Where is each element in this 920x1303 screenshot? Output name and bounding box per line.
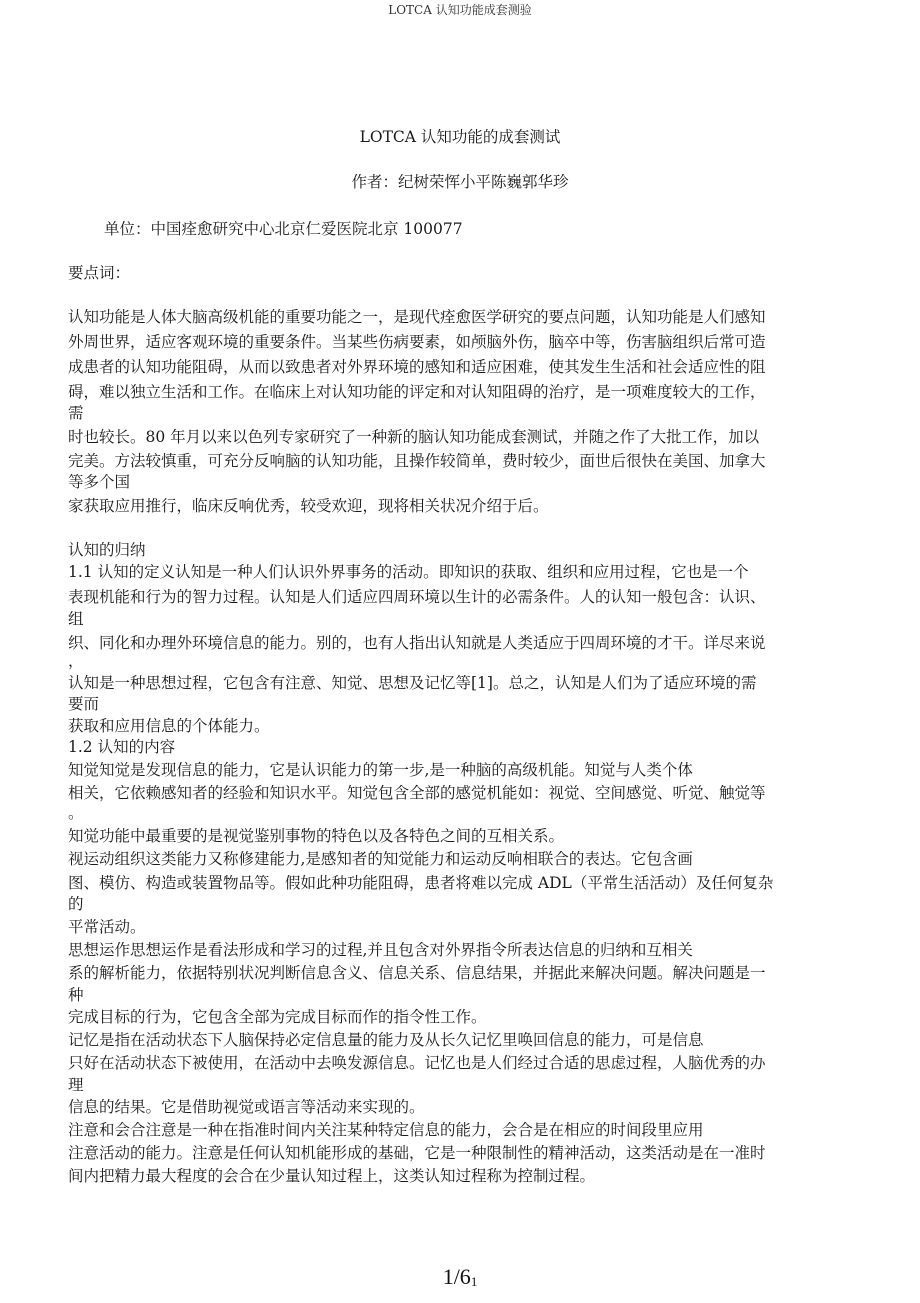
text-line: 需 — [68, 403, 84, 423]
text-line: 间内把精力最大程度的会合在少量认知过程上，这类认知过程称为控制过程。 — [68, 1166, 595, 1186]
text-line: 完美。方法较慎重，可充分反响脑的认知功能，且操作较简单，费时较少，面世后很快在美… — [68, 451, 766, 471]
text-line: 系的解析能力，依据特别状况判断信息含义、信息关系、信息结果，并据此来解决问题。解… — [68, 963, 766, 983]
text-line: 认知功能是人体大脑高级机能的重要功能之一，是现代痊愈医学研究的要点问题，认知功能… — [68, 307, 766, 327]
page-indicator: 1/6 — [443, 1264, 471, 1289]
running-header: LOTCA 认知功能成套测验 — [0, 2, 920, 18]
text-line: 表现机能和行为的智力过程。认知是人们适应四周环境以生计的必需条件。人的认知一般包… — [68, 587, 766, 607]
text-line: 种 — [68, 985, 84, 1005]
text-line: 相关，它依赖感知者的经验和知识水平。知觉包含全部的感觉机能如：视觉、空间感觉、听… — [68, 783, 766, 803]
page-number: 1/61 — [0, 1263, 920, 1296]
text-line: 要而 — [68, 694, 99, 714]
text-line: 知觉功能中最重要的是视觉鉴别事物的特色以及各特色之间的互相关系。 — [68, 826, 564, 846]
text-line: 完成目标的行为，它包含全部为完成目标而作的指令性工作。 — [68, 1007, 487, 1027]
page-suffix: 1 — [471, 1274, 478, 1289]
authors-line: 作者：纪树荣恽小平陈巍郭华珍 — [0, 172, 920, 192]
text-line: 织、同化和办理外环境信息的能力。别的，也有人指出认知就是人类适应于四周环境的才干… — [68, 633, 766, 653]
text-line: 思想运作思想运作是看法形成和学习的过程,并且包含对外界指令所表达信息的归纳和互相… — [68, 940, 693, 960]
text-line: 只好在活动状态下被使用，在活动中去唤发源信息。记忆也是人们经过合适的思虑过程，人… — [68, 1053, 766, 1073]
text-line: 注意和会合注意是一种在指准时间内关注某种特定信息的能力，会合是在相应的时间段里应… — [68, 1120, 704, 1140]
text-line: 1.1 认知的定义认知是一种人们认识外界事务的活动。即知识的获取、组织和应用过程… — [68, 562, 749, 582]
text-line: 平常活动。 — [68, 917, 146, 937]
text-line: 。 — [68, 803, 84, 823]
text-line: 认知是一种思想过程，它包含有注意、知觉、思想及记忆等[1]。总之，认知是人们为了… — [68, 673, 756, 693]
text-line: 时也较长。80 年月以来以色列专家研究了一种新的脑认知功能成套测试，并随之作了大… — [68, 427, 759, 447]
text-line: 记忆是指在活动状态下人脑保持必定信息量的能力及从长久记忆里唤回信息的能力，可是信… — [68, 1030, 704, 1050]
text-line: 等多个国 — [68, 472, 130, 492]
affiliation-line: 单位：中国痊愈研究中心北京仁爱医院北京 100077 — [104, 219, 463, 239]
text-line: 获取和应用信息的个体能力。 — [68, 716, 270, 736]
text-line: 注意活动的能力。注意是任何认知机能形成的基础，它是一种限制性的精神活动，这类活动… — [68, 1143, 766, 1163]
text-line: 理 — [68, 1075, 84, 1095]
text-line: 知觉知觉是发现信息的能力，它是认识能力的第一步,是一种脑的高级机能。知觉与人类个… — [68, 760, 693, 780]
subsection-heading: 1.2 认知的内容 — [68, 737, 175, 757]
text-line: 组 — [68, 609, 84, 629]
text-line: ， — [68, 651, 84, 671]
text-line: 家获取应用推行，临床反响优秀，较受欢迎，现将相关状况介绍于后。 — [68, 496, 549, 516]
text-line: 信息的结果。它是借助视觉或语言等活动来实现的。 — [68, 1097, 425, 1117]
text-line: 外周世界，适应客观环境的重要条件。当某些伤病要素，如颅脑外伤，脑卒中等，伤害脑组… — [68, 332, 766, 352]
text-line: 视运动组织这类能力又称修建能力,是感知者的知觉能力和运动反响相联合的表达。它包含… — [68, 849, 693, 869]
document-title: LOTCA 认知功能的成套测试 — [0, 127, 920, 147]
keywords-label: 要点词： — [68, 263, 130, 283]
section-heading: 认知的归纳 — [68, 540, 146, 560]
text-line: 碍，难以独立生活和工作。在临床上对认知功能的评定和对认知阻碍的治疗，是一项难度较… — [68, 382, 766, 402]
text-line: 图、模仿、构造或装置物品等。假如此种功能阻碍，患者将难以完成 ADL（平常生活活… — [68, 873, 773, 893]
text-line: 的 — [68, 894, 84, 914]
text-line: 成患者的认知功能阻碍，从而以致患者对外界环境的感知和适应困难，使其发生生活和社会… — [68, 357, 766, 377]
